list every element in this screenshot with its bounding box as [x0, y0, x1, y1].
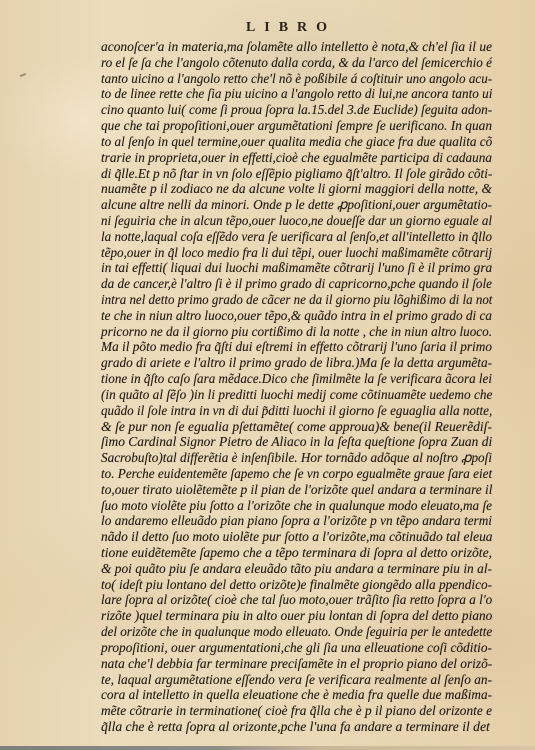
text-line: lo andaremo elleuãdo pian piano ſopra a … — [101, 513, 492, 529]
text-line: tanto uicino a l'angolo retto che'l nõ è… — [101, 71, 492, 87]
text-line: alcune altre nelli da minori. Onde p le … — [101, 197, 492, 213]
text-line: mẽte cõtrarie in terminatione( cioè fra … — [101, 703, 492, 719]
text-line: Sacrobuſto)tal differẽtia è inſenſibile.… — [101, 450, 492, 466]
text-line: Ma il põto medio fra q̃ſti dui eſtremi i… — [101, 339, 492, 355]
text-line: intra nel detto primo grado de cãcer ne … — [101, 292, 492, 308]
text-line: propoſitioni, ouer argumentationi,che gl… — [101, 640, 492, 656]
text-line: di q̃lle.Et p nõ ſtar in vn ſolo eſſẽpio… — [101, 166, 492, 182]
text-line: aconoſcer'a in materia,ma ſolamẽte allo … — [101, 39, 492, 55]
running-head: LIBRO — [236, 20, 346, 36]
text-line: lare ſopra al orizõte( cioè che tal ſuo … — [101, 592, 492, 608]
text-line: to de linee rette che ſia piu uicino a l… — [101, 86, 492, 102]
text-line: in tai effetti( liquai dui luochi maßima… — [101, 260, 492, 276]
text-line: & ſe pur non ſe egualia pſettamẽte( come… — [101, 419, 492, 435]
text-line: la notte,laqual coſa eſſẽdo vera ſe ueri… — [101, 229, 492, 245]
text-line: to. Perche euidentemẽte ſapemo che ſe vn… — [101, 466, 492, 482]
text-line: ro el ſe ſa che l'angolo cõtenuto dalla … — [101, 55, 492, 71]
text-line: ſimo Cardinal Signor Pietro de Aliaco in… — [101, 434, 492, 450]
text-line: te, laqual argumẽtatione eſſendo vera ſe… — [101, 672, 492, 688]
text-line: tẽpo,ouer in q̃l loco medio fra li dui t… — [101, 245, 492, 261]
text-line: nãdo il detto ſuo moto uiolẽte pur ſotto… — [101, 529, 492, 545]
text-line: ni ſeguiria che in alcun tẽpo,ouer luoco… — [101, 213, 492, 229]
text-line: que che tai propoſitioni,ouer argumẽtati… — [101, 118, 492, 134]
text-line: da de cancer,è l'altro ſi è il primo gra… — [101, 276, 492, 292]
body-text: aconoſcer'a in materia,ma ſolamẽte allo … — [101, 39, 492, 735]
text-line: te che in niun altro luoco,ouer tẽpo,& q… — [101, 308, 492, 324]
text-line: to,ouer tirato uiolẽtemẽte p il pian de … — [101, 482, 492, 498]
text-line: ſuo moto violẽte piu ſotto a l'orizõte c… — [101, 498, 492, 514]
text-line: cino quanto lui( come ſi proua ſopra la.… — [101, 102, 492, 118]
text-line: to( ideſt piu lontano del detto orizõte)… — [101, 577, 492, 593]
text-line: cora al intelletto in quella eleuatione … — [101, 687, 492, 703]
text-line: rizõte )quel terminara piu in alto ouer … — [101, 608, 492, 624]
text-line: quãdo il ſole intra in vn di dui p̃ditti… — [101, 403, 492, 419]
text-line: (in quãto al ſẽſo )in li preditti luochi… — [101, 387, 492, 403]
scan-background-edge — [0, 746, 535, 750]
margin-ink-mark — [20, 73, 26, 77]
text-line: & poi quãto piu ſe andara eleuãdo tãto p… — [101, 561, 492, 577]
text-line: nuamẽte p il zodiaco ne da alcune volte … — [101, 181, 492, 197]
text-line: tione euidẽtemẽte ſapemo che a tẽpo term… — [101, 545, 492, 561]
text-line: pricorno ne da il giorno piu cortißimo d… — [101, 324, 492, 340]
text-line: to al ſenſo in quel termine,ouer qualita… — [101, 134, 492, 150]
text-line: nata che'l debbia far terminare preciſam… — [101, 656, 492, 672]
text-line: trarie in proprieta,ouer in effetti,cioè… — [101, 150, 492, 166]
text-line: grado di ariete e l'altro il primo grado… — [101, 355, 492, 371]
text-line: tione in q̃ſto caſo ſara mẽdace.Dico che… — [101, 371, 492, 387]
book-page: LIBRO aconoſcer'a in materia,ma ſolamẽte… — [0, 0, 535, 746]
text-line: del orizõte che in qualunque modo elleua… — [101, 624, 492, 640]
text-line: q̃lla che è retta ſopra al orizonte,pche… — [101, 719, 492, 735]
